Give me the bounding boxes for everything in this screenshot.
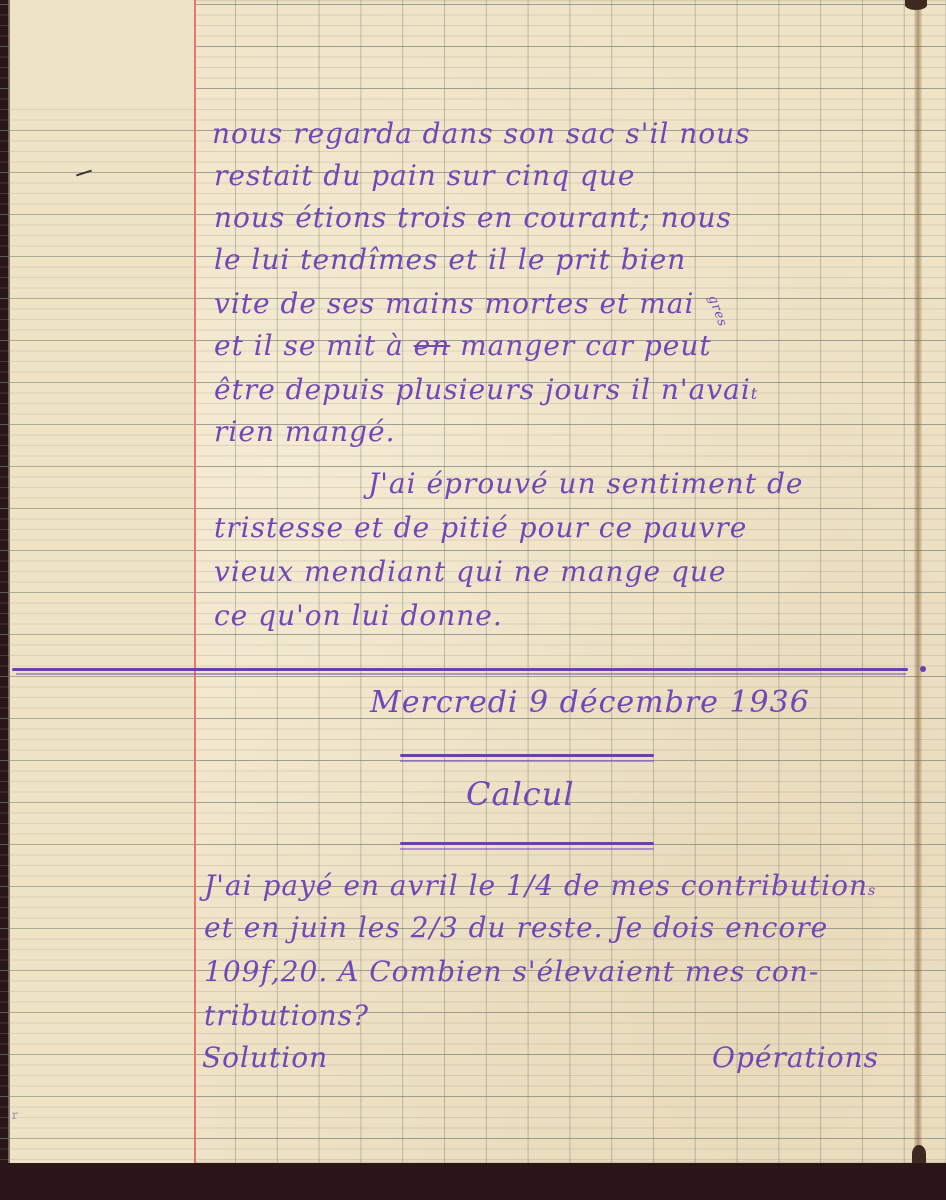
problem-line-1: J'ai payé en avril le 1/4 de mes contrib… bbox=[204, 872, 876, 900]
composition-line-8: rien mangé. bbox=[214, 418, 396, 446]
composition-line-5: vite de ses mains mortes et maigres bbox=[214, 290, 727, 318]
composition-line-12: ce qu'on lui donne. bbox=[214, 602, 503, 630]
left-margin-ruling bbox=[10, 0, 194, 1163]
problem-line-2: et en juin les 2/3 du reste. Je dois enc… bbox=[204, 914, 828, 942]
problem-line-4: tributions? bbox=[204, 1002, 369, 1030]
red-margin-line bbox=[194, 0, 196, 1163]
composition-line-7-main: être depuis plusieurs jours il n'avai bbox=[214, 373, 751, 406]
section-divider-rule bbox=[12, 668, 908, 671]
date-heading: Mercredi 9 décembre 1936 bbox=[370, 688, 810, 718]
composition-line-6-after: manger car peut bbox=[450, 329, 711, 362]
corner-ink-stain: r bbox=[12, 1108, 18, 1122]
heading-top-rule bbox=[400, 754, 654, 757]
subject-heading: Calcul bbox=[466, 778, 575, 810]
composition-line-10: tristesse et de pitié pour ce pauvre bbox=[214, 514, 747, 542]
composition-line-6-before: et il se mit à bbox=[214, 329, 414, 362]
binding-staple-top bbox=[905, 0, 927, 10]
composition-line-5-main: vite de ses mains mortes et mai bbox=[214, 287, 694, 320]
composition-line-1: nous regarda dans son sac s'il nous bbox=[212, 120, 751, 148]
problem-line-1-overflow: s bbox=[868, 883, 876, 899]
struck-word: en bbox=[414, 329, 451, 362]
problem-line-3: 109f,20. A Combien s'élevaient mes con- bbox=[204, 958, 819, 986]
composition-line-7-overflow: t bbox=[751, 384, 758, 403]
heading-bottom-rule bbox=[400, 842, 654, 845]
composition-line-4: le lui tendîmes et il le prit bien bbox=[214, 246, 686, 274]
heading-bottom-underline bbox=[400, 848, 654, 850]
composition-line-6: et il se mit à en manger car peut bbox=[214, 332, 712, 360]
composition-line-11: vieux mendiant qui ne mange que bbox=[214, 558, 727, 586]
problem-line-1-main: J'ai payé en avril le 1/4 de mes contrib… bbox=[204, 869, 868, 902]
heading-top-underline bbox=[400, 760, 654, 762]
composition-line-2: restait du pain sur cinq que bbox=[214, 162, 635, 190]
section-divider-dot bbox=[920, 666, 926, 672]
operations-label: Opérations bbox=[712, 1044, 879, 1072]
composition-line-7: être depuis plusieurs jours il n'avait bbox=[214, 376, 758, 404]
binding-staple-bottom bbox=[912, 1145, 926, 1163]
notebook-spine-fold bbox=[914, 0, 922, 1163]
composition-line-3: nous étions trois en courant; nous bbox=[214, 204, 732, 232]
section-divider-underline bbox=[16, 673, 906, 675]
composition-line-9: J'ai éprouvé un sentiment de bbox=[368, 470, 803, 498]
solution-label: Solution bbox=[202, 1044, 328, 1072]
top-margin-blank bbox=[10, 0, 194, 108]
